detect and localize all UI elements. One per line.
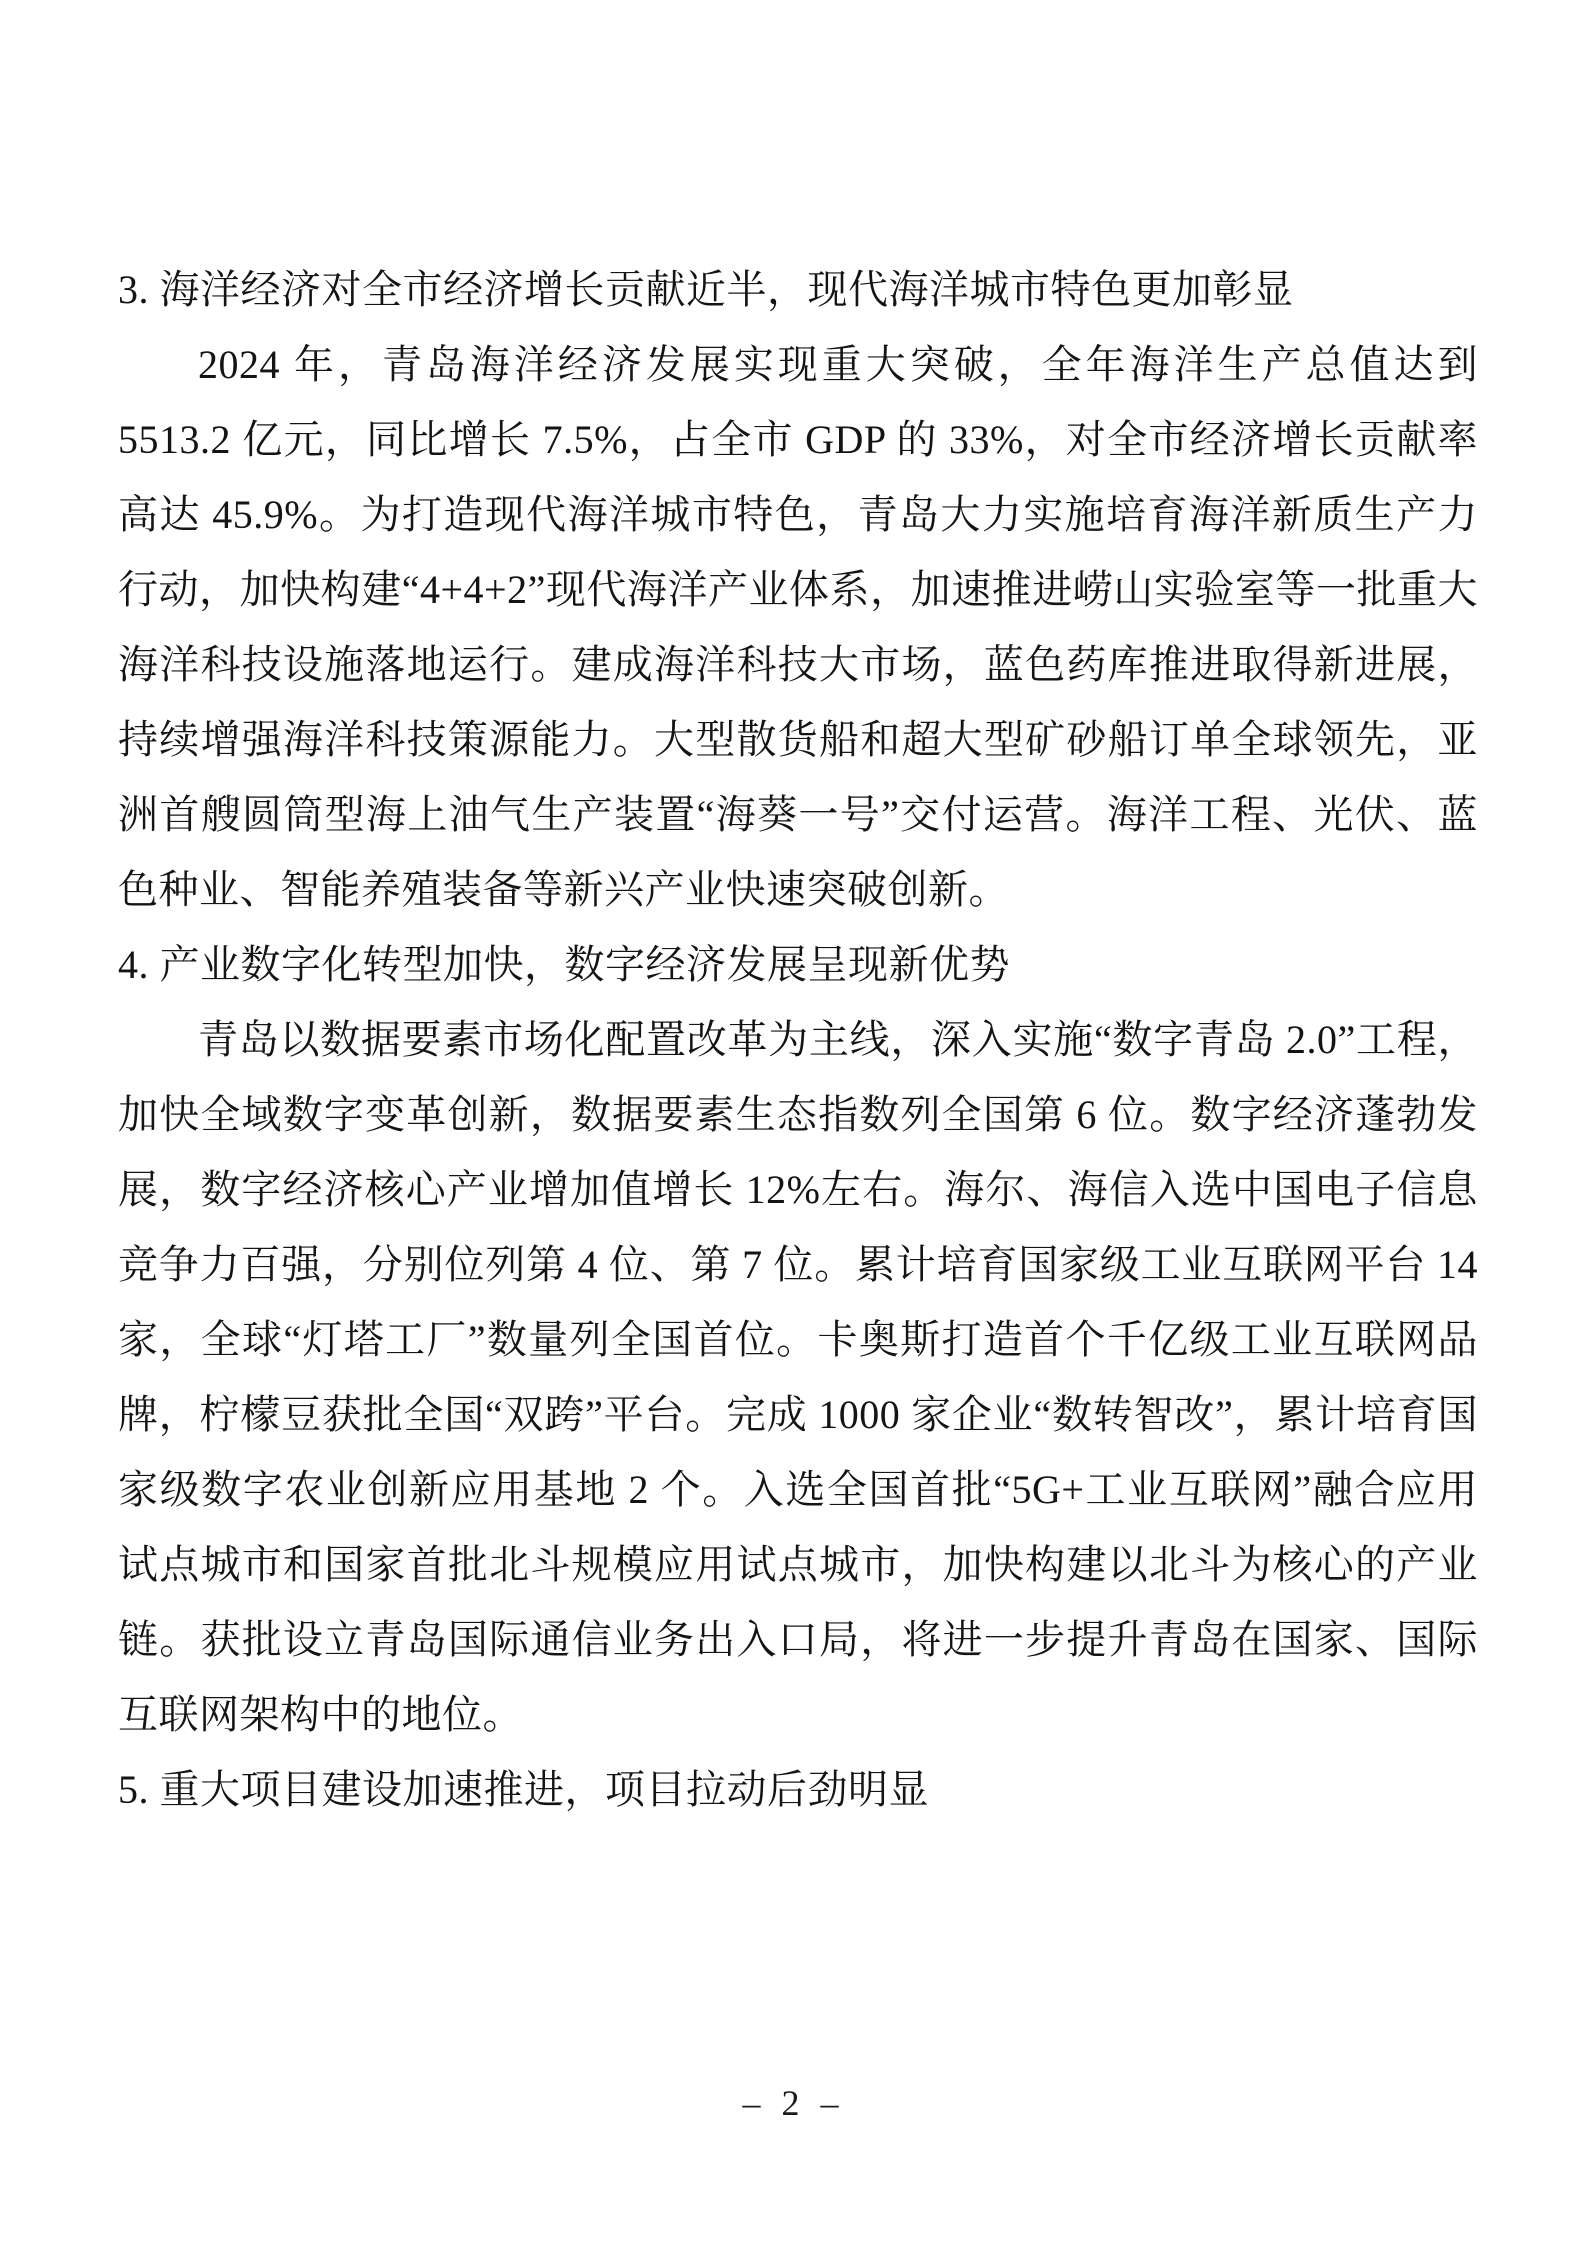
section-5-heading: 5. 重大项目建设加速推进，项目拉动后劲明显 xyxy=(118,1752,1478,1827)
page-number: – 2 – xyxy=(743,2083,845,2123)
section-4-heading: 4. 产业数字化转型加快，数字经济发展呈现新优势 xyxy=(118,927,1478,1002)
document-body: 3. 海洋经济对全市经济增长贡献近半，现代海洋城市特色更加彰显 2024 年，青… xyxy=(118,252,1478,1827)
section-3-heading: 3. 海洋经济对全市经济增长贡献近半，现代海洋城市特色更加彰显 xyxy=(118,252,1478,327)
page-footer: – 2 – xyxy=(0,2082,1587,2124)
section-3-paragraph: 2024 年，青岛海洋经济发展实现重大突破，全年海洋生产总值达到 5513.2 … xyxy=(118,327,1478,927)
section-4-paragraph: 青岛以数据要素市场化配置改革为主线，深入实施“数字青岛 2.0”工程，加快全域数… xyxy=(118,1002,1478,1752)
document-page: 3. 海洋经济对全市经济增长贡献近半，现代海洋城市特色更加彰显 2024 年，青… xyxy=(0,0,1587,2245)
